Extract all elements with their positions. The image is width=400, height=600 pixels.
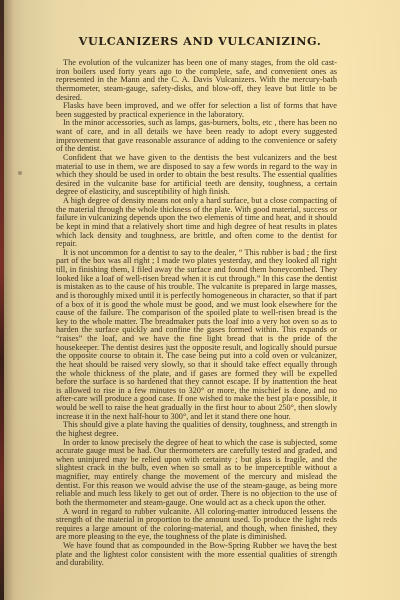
- page-number: 1: [304, 543, 312, 551]
- paragraph-accessories: In the minor accessories, such as lamps,…: [56, 119, 337, 154]
- gutter-shadow: [4, 0, 14, 600]
- paragraph-rubber-vulcanite: A word in regard to rubber vulcanite. Al…: [56, 508, 337, 543]
- paragraph-density: A high degree of density means not only …: [56, 197, 337, 249]
- body-text: The evolution of the vulcanizer has been…: [56, 59, 337, 568]
- paper-stain: [18, 171, 22, 175]
- paragraph-confident: Confident that we have given to the dent…: [56, 154, 337, 197]
- paragraph-evolution: The evolution of the vulcanizer has been…: [56, 59, 337, 102]
- paragraph-plate-qualities: This should give a plate having the qual…: [56, 421, 337, 438]
- paragraph-bow-spring: We have found that as compounded in the …: [56, 542, 337, 568]
- paragraph-dealer: It is not uncommon for a dentist to say …: [56, 249, 337, 422]
- paragraph-flasks: Flasks have been improved, and we offer …: [56, 102, 337, 119]
- page-title: VULCANIZERS AND VULCANIZING.: [40, 34, 360, 48]
- scanned-page: VULCANIZERS AND VULCANIZING. The evoluti…: [0, 0, 400, 600]
- paragraph-gauge: In order to know precisely the degree of…: [56, 439, 337, 508]
